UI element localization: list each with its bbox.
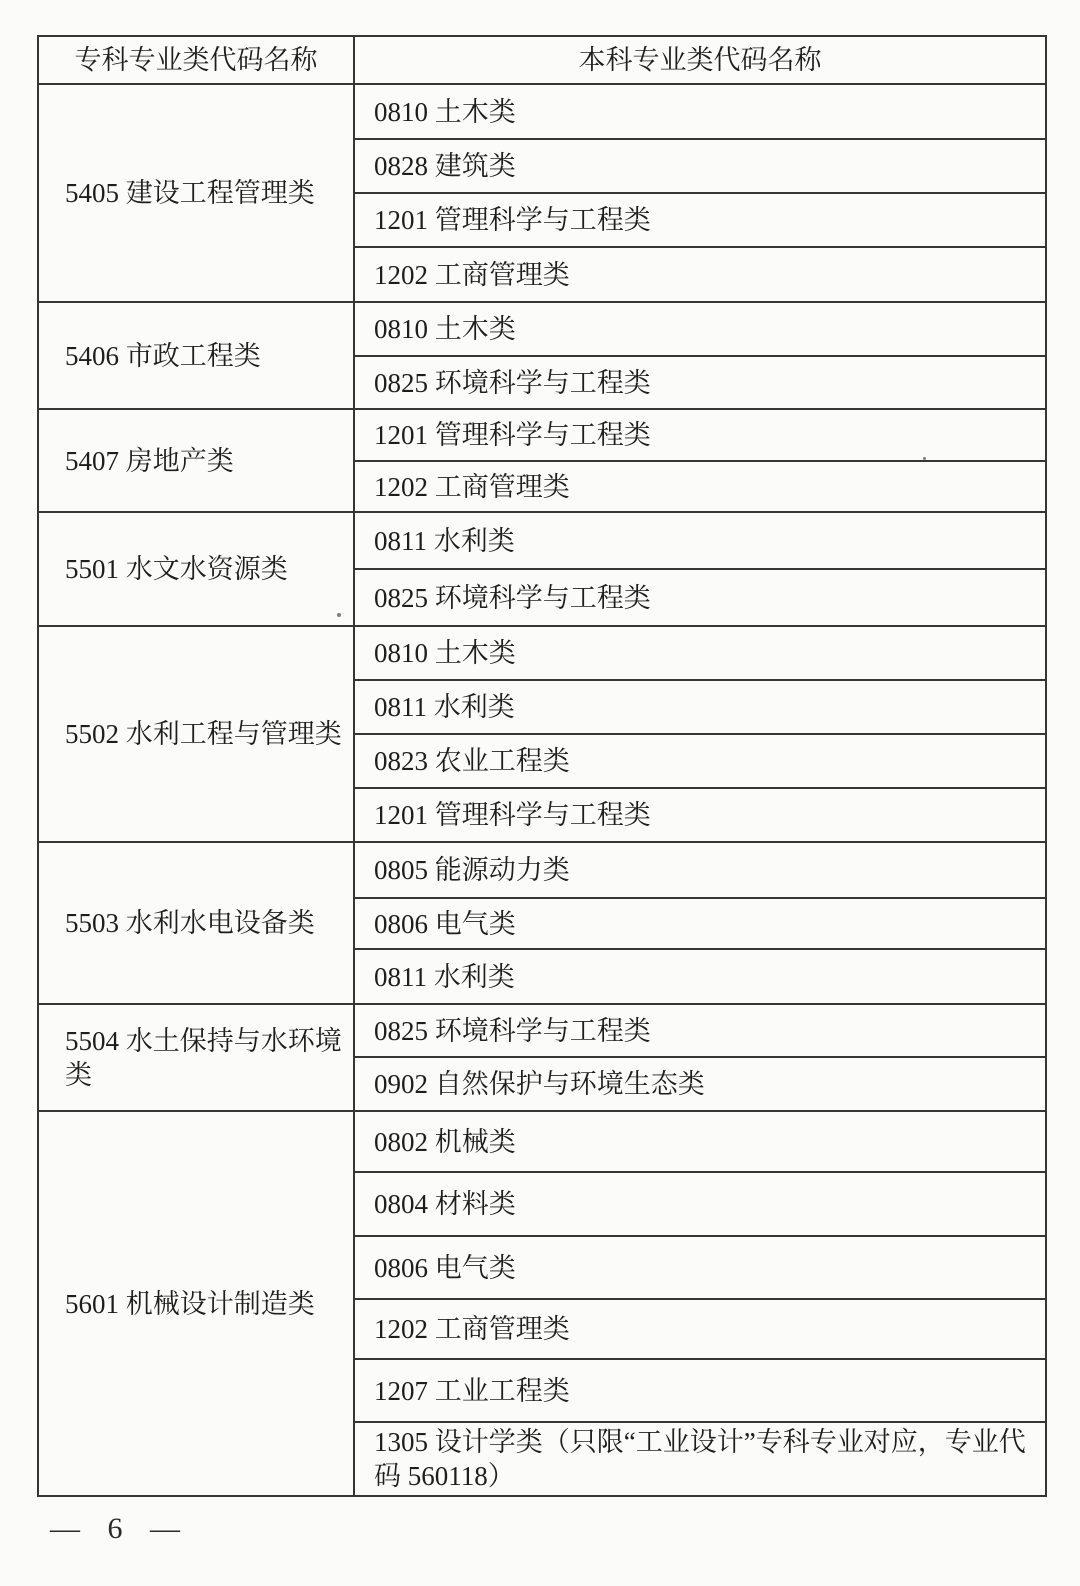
undergrad-category-cell: 1202 工商管理类 [354, 461, 1046, 512]
table-row: 5504 水土保持与水环境类0825 环境科学与工程类 [38, 1004, 1046, 1057]
spec-category-cell: 5406 市政工程类 [38, 302, 354, 409]
undergrad-category-cell: 0811 水利类 [354, 680, 1046, 734]
undergrad-category-cell: 0902 自然保护与环境生态类 [354, 1057, 1046, 1111]
spec-category-cell: 5503 水利水电设备类 [38, 842, 354, 1004]
undergrad-category-cell: 0802 机械类 [354, 1111, 1046, 1172]
document-page: 专科专业类代码名称 本科专业类代码名称 5405 建设工程管理类0810 土木类… [0, 0, 1080, 1586]
spec-category-cell: 5502 水利工程与管理类 [38, 626, 354, 842]
table-body: 5405 建设工程管理类0810 土木类0828 建筑类1201 管理科学与工程… [38, 84, 1046, 1496]
spec-category-cell: 5601 机械设计制造类 [38, 1111, 354, 1496]
undergrad-category-cell: 0806 电气类 [354, 1236, 1046, 1299]
undergrad-category-cell: 1305 设计学类（只限“工业设计”专科专业对应，专业代码 560118） [354, 1422, 1046, 1496]
undergrad-category-cell: 0811 水利类 [354, 949, 1046, 1004]
spec-category-cell: 5407 房地产类 [38, 409, 354, 512]
undergrad-category-cell: 0825 环境科学与工程类 [354, 569, 1046, 626]
undergrad-category-cell: 0805 能源动力类 [354, 842, 1046, 898]
spec-category-cell: 5501 水文水资源类 [38, 512, 354, 626]
scan-artifact-dot [923, 457, 926, 460]
undergrad-category-cell: 0825 环境科学与工程类 [354, 1004, 1046, 1057]
table-row: 5405 建设工程管理类0810 土木类 [38, 84, 1046, 139]
undergrad-category-cell: 1201 管理科学与工程类 [354, 193, 1046, 247]
table-header-row: 专科专业类代码名称 本科专业类代码名称 [38, 36, 1046, 84]
undergrad-category-cell: 1201 管理科学与工程类 [354, 788, 1046, 842]
spec-header-cell: 专科专业类代码名称 [38, 36, 354, 84]
table-row: 5501 水文水资源类0811 水利类 [38, 512, 1046, 569]
undergrad-category-cell: 1207 工业工程类 [354, 1359, 1046, 1422]
undergrad-category-cell: 1202 工商管理类 [354, 247, 1046, 302]
undergrad-category-cell: 0804 材料类 [354, 1172, 1046, 1236]
undergrad-category-cell: 0828 建筑类 [354, 139, 1046, 193]
spec-category-cell: 5504 水土保持与水环境类 [38, 1004, 354, 1111]
undergrad-category-cell: 0825 环境科学与工程类 [354, 356, 1046, 409]
table-row: 5601 机械设计制造类0802 机械类 [38, 1111, 1046, 1172]
undergrad-category-cell: 0810 土木类 [354, 84, 1046, 139]
undergrad-category-cell: 0810 土木类 [354, 626, 1046, 680]
undergrad-header-cell: 本科专业类代码名称 [354, 36, 1046, 84]
table-row: 5406 市政工程类0810 土木类 [38, 302, 1046, 356]
undergrad-category-cell: 0806 电气类 [354, 898, 1046, 949]
undergrad-category-cell: 0823 农业工程类 [354, 734, 1046, 788]
table-row: 5503 水利水电设备类0805 能源动力类 [38, 842, 1046, 898]
table-row: 5407 房地产类1201 管理科学与工程类 [38, 409, 1046, 461]
page-number: — 6 — [50, 1512, 190, 1546]
undergrad-category-cell: 1201 管理科学与工程类 [354, 409, 1046, 461]
undergrad-category-cell: 1202 工商管理类 [354, 1299, 1046, 1359]
major-mapping-table: 专科专业类代码名称 本科专业类代码名称 5405 建设工程管理类0810 土木类… [37, 35, 1047, 1497]
undergrad-category-cell: 0810 土木类 [354, 302, 1046, 356]
spec-category-cell: 5405 建设工程管理类 [38, 84, 354, 302]
undergrad-category-cell: 0811 水利类 [354, 512, 1046, 569]
scan-artifact-dot [337, 613, 341, 617]
table-row: 5502 水利工程与管理类0810 土木类 [38, 626, 1046, 680]
